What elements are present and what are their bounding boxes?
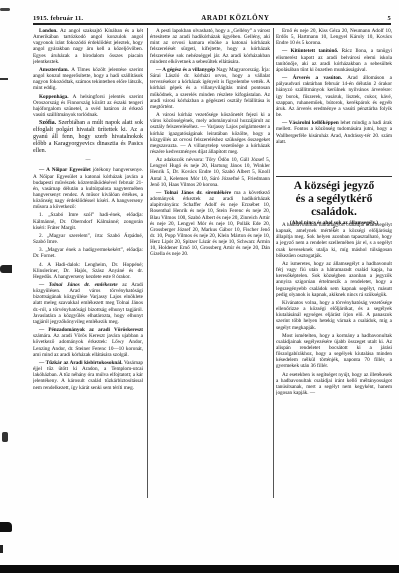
article-paragraph: — Árverés a vasúton. Arad állomáson a pá… — [276, 75, 392, 118]
section-rule — [276, 176, 392, 177]
page-number: 5 — [388, 15, 391, 22]
article-paragraph: London. Az angol szaksajtó Kínában és a … — [33, 28, 143, 65]
header-rule — [33, 23, 391, 25]
column-1: London. Az angol szaksajtó Kínában és a … — [33, 28, 143, 498]
article-paragraph: — Vásárolni kellőképpen lehet mindig a h… — [276, 120, 392, 145]
scan-artifact — [0, 545, 3, 553]
article-paragraph: — A gégész és a villanygép Nagy Magyaror… — [150, 67, 270, 110]
article-paragraph: Amszterdam. A Times közölt jelentése sze… — [33, 67, 143, 92]
scan-artifact — [0, 522, 12, 532]
article-paragraph: Az ismeretes, hogy az államsegélyt a had… — [276, 261, 392, 298]
article-paragraph: — A Nőipar Egyesület jótékony hangversen… — [33, 167, 143, 210]
article-paragraph: 2. „Magyar szerelem”, írta: Szabó Árpádn… — [33, 233, 143, 245]
issue-date: 1915. február 11. — [33, 15, 83, 22]
article-paragraph: — Tolnai János dr. emlékezete az Aradi k… — [33, 282, 143, 325]
scan-bottom-edge — [0, 565, 399, 573]
headline-line-2: és a segélytkérő családok. — [276, 193, 392, 219]
article-paragraph: Koppenhága. A helsingforsi jelentés szer… — [33, 94, 143, 119]
article-paragraph: — Pénzadományok az aradi Vöröskereszt sz… — [33, 327, 143, 358]
scan-artifact — [0, 8, 10, 11]
column-3: Ernő és neje 20, Kiss Géza 20, Neumann A… — [276, 28, 392, 176]
article-paragraph: 4. A Hadi-dalok: Lengheim, Dr. Hoppéné; … — [33, 262, 143, 280]
scan-artifact — [0, 78, 8, 80]
article-paragraph: Kívánatos volna, hogy a törvényhatóság v… — [276, 300, 392, 331]
column-2: A pesti lapokban olvasható, hogy a „Gell… — [150, 28, 270, 498]
page-header: 1915. február 11. ARADI KÖZLÖNY 5 — [33, 8, 391, 22]
scan-artifact — [0, 265, 12, 273]
feature-article-body: A hadbavonultak hátrahagyott családjai á… — [276, 222, 392, 500]
article-paragraph: — Tolnai János dr. síremlékére ma a köve… — [150, 190, 270, 258]
separator: — — [33, 158, 143, 164]
column-divider — [147, 28, 148, 498]
article-paragraph: Szófia. Szerbiában a múlt napok alatt so… — [33, 120, 143, 155]
column-divider — [273, 28, 274, 498]
article-paragraph: A pesti lapokban olvasható, hogy a „Gell… — [150, 28, 270, 65]
newspaper-title: ARADI KÖZLÖNY — [201, 14, 269, 22]
article-paragraph: — Kitüntetett tanítónő. Rácz Ilona, a ta… — [276, 48, 392, 73]
article-paragraph: — Tűzkár az Aradi kisbirtokosoknál. Vasá… — [33, 360, 143, 391]
article-paragraph: Az esetekben is segítséget nyújt, hogy a… — [276, 372, 392, 397]
article-paragraph: 1. „Szabó Imre szól” hadi-ének, előadja:… — [33, 212, 143, 230]
article-paragraph: Most ismételten, hogy a kormány a hadbav… — [276, 333, 392, 370]
article-paragraph: Az adakozók névsora: Tőry Ödön 10, Gáll … — [150, 157, 270, 188]
article-paragraph: Ernő és neje 20, Kiss Géza 20, Neumann A… — [276, 28, 392, 46]
headline-line-1: A községi jegyző — [276, 180, 392, 193]
article-paragraph: A hadbavonultak hátrahagyott családjai á… — [276, 222, 392, 259]
article-paragraph: A városi kórház vezetősége köszönetét fe… — [150, 112, 270, 155]
scan-artifact — [2, 432, 8, 442]
article-paragraph: 3. „Magyar ének a hadigyermekekért”, elő… — [33, 247, 143, 259]
